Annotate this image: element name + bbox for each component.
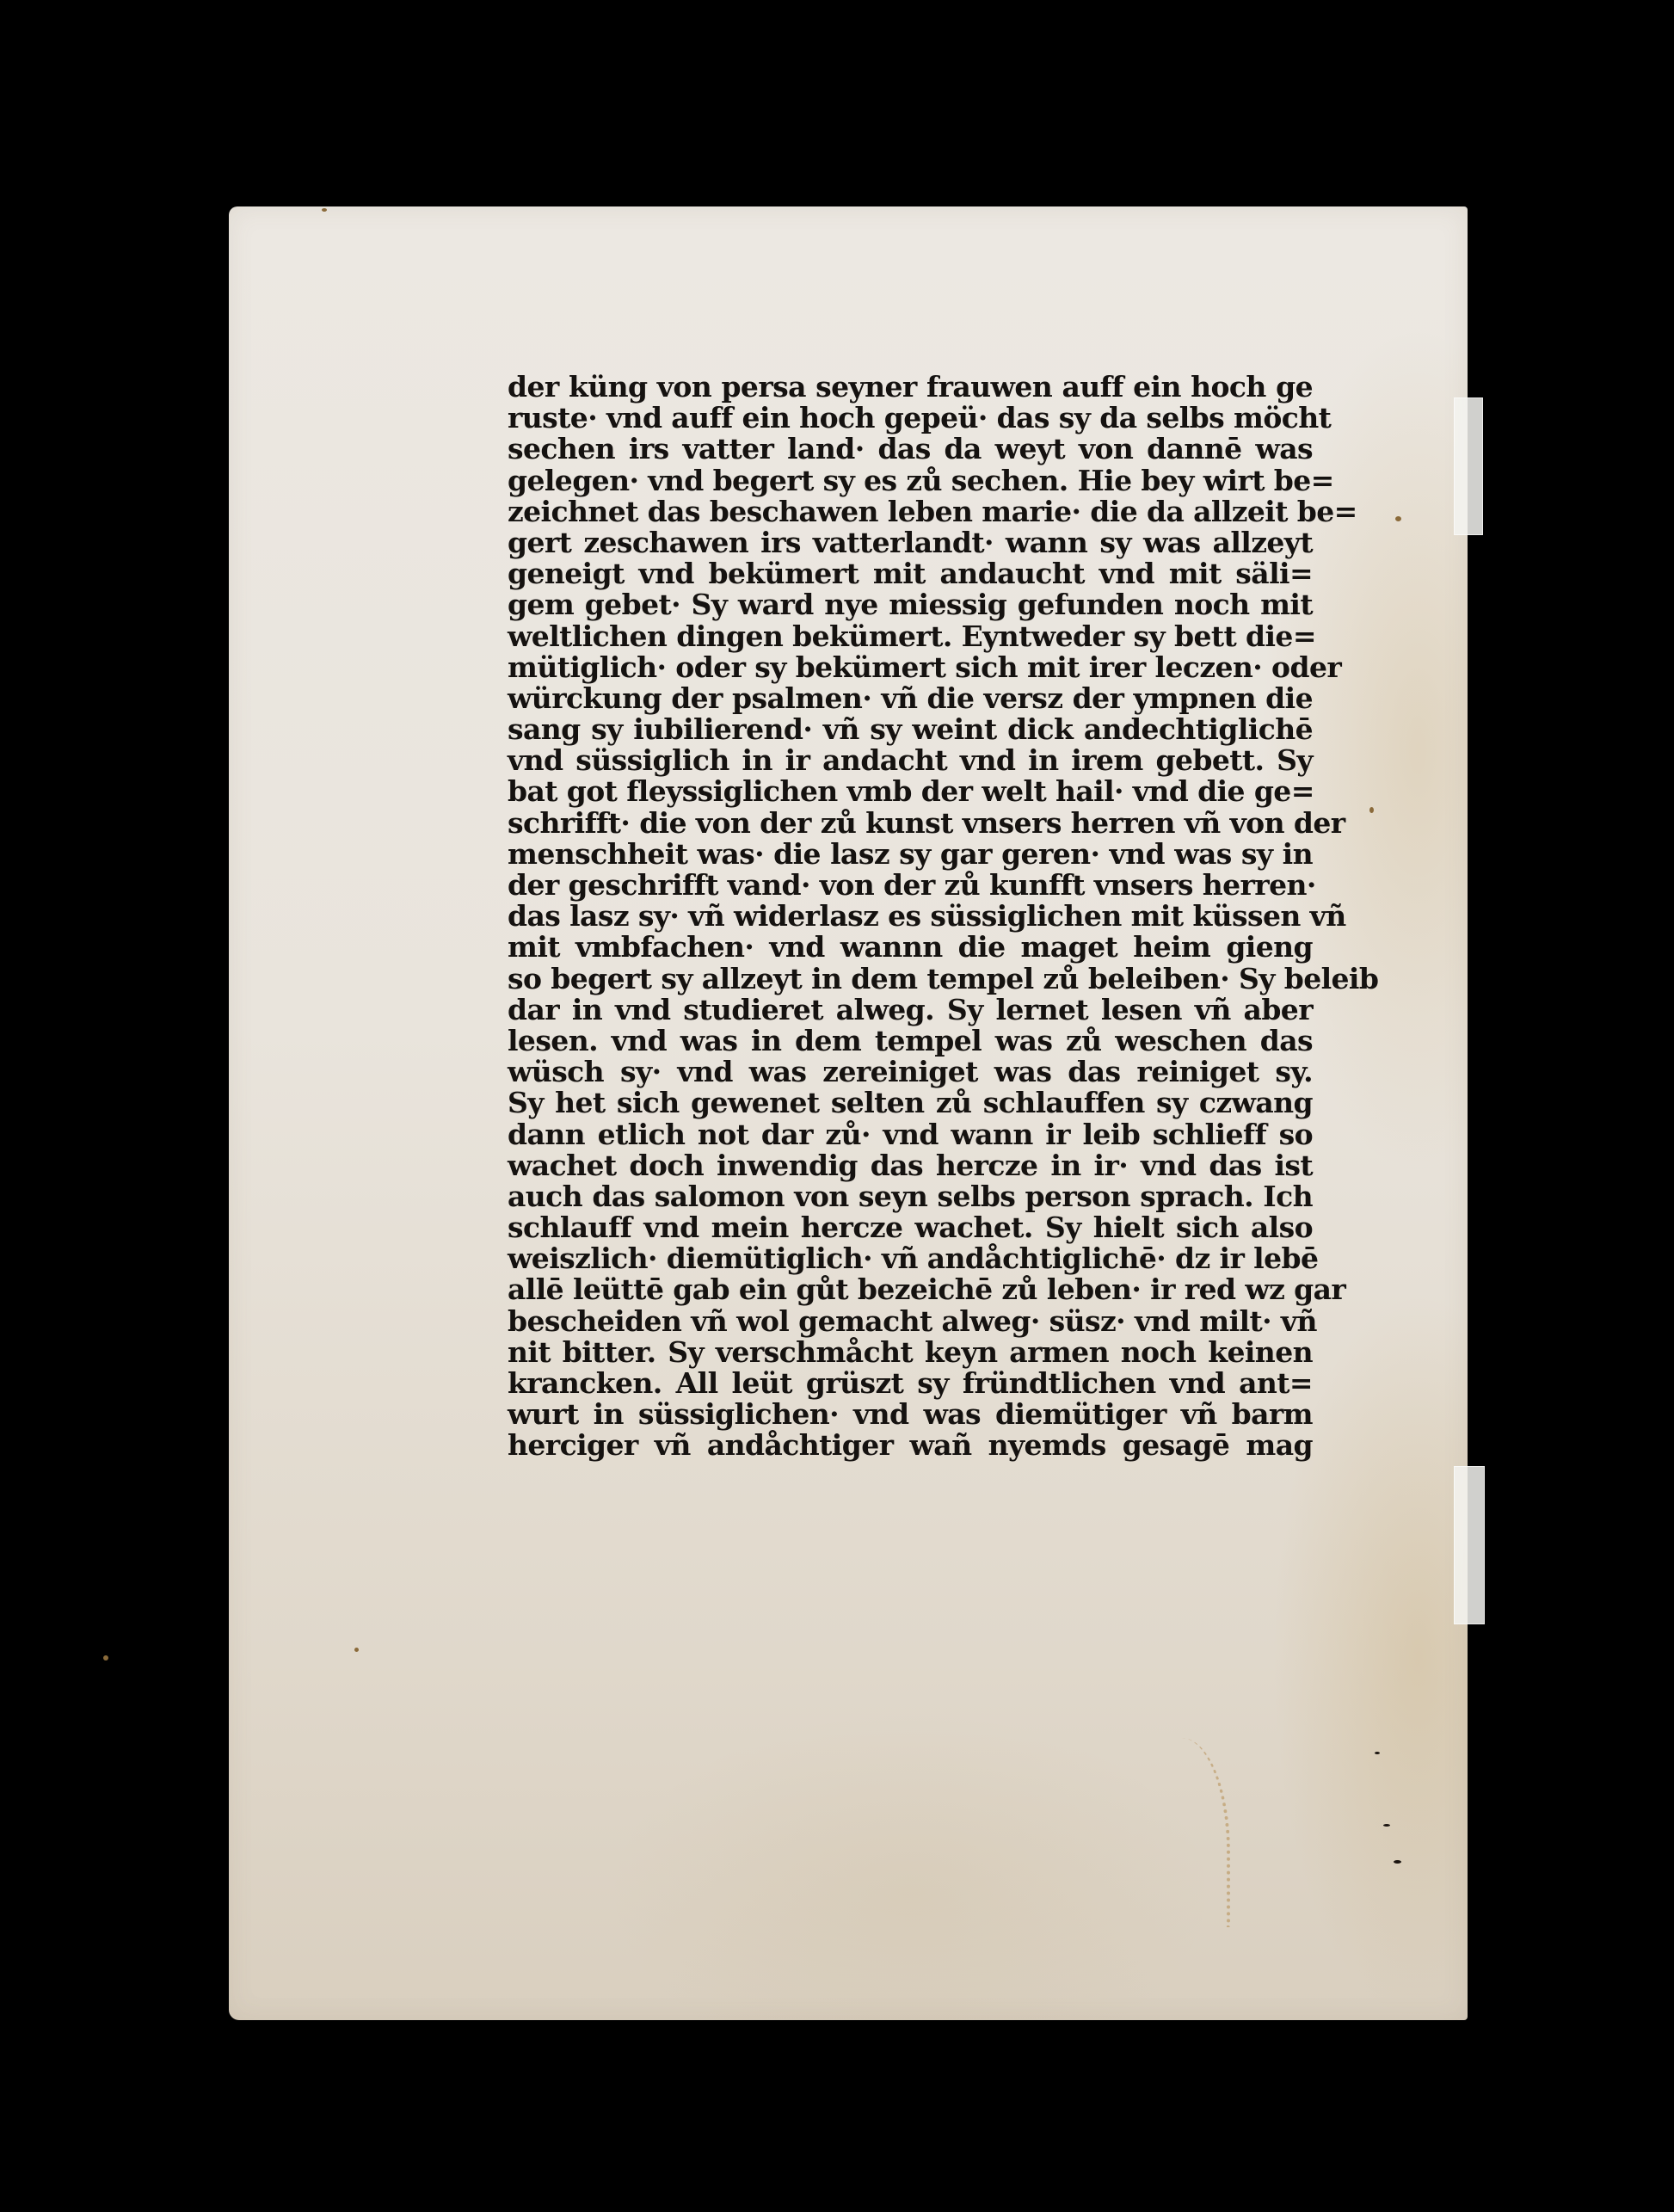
text-line: der küng von persa seyner frauwen auff e… xyxy=(508,372,1313,403)
text-line: gert zeschawen irs vatterlandt· wann sy … xyxy=(508,527,1313,558)
text-line: schlauff vnd mein hercze wachet. Sy hiel… xyxy=(508,1212,1313,1243)
text-line: das lasz sy· vñ widerlasz es süssigliche… xyxy=(508,901,1313,932)
text-line: ruste· vnd auff ein hoch gepeü· das sy d… xyxy=(508,403,1313,434)
text-line: herciger vñ andåchtiger wañ nyemds gesag… xyxy=(508,1430,1313,1461)
text-line: mit vmbfachen· vnd wannn die maget heim … xyxy=(508,932,1313,963)
text-line: weiszlich· diemütiglich· vñ andåchtiglic… xyxy=(508,1243,1313,1274)
foxing-spot xyxy=(1383,1824,1390,1827)
foxing-spot xyxy=(1395,516,1401,521)
text-line: wachet doch inwendig das hercze in ir· v… xyxy=(508,1150,1313,1181)
text-line: zeichnet das beschawen leben marie· die … xyxy=(508,496,1313,527)
text-line: bescheiden vñ wol gemacht alweg· süsz· v… xyxy=(508,1306,1313,1337)
text-line: vnd süssiglich in ir andacht vnd in irem… xyxy=(508,745,1313,776)
foxing-spot xyxy=(1394,1860,1401,1864)
text-line: mütiglich· oder sy bekümert sich mit ire… xyxy=(508,652,1313,683)
text-line: krancken. All leüt grüszt sy fründtliche… xyxy=(508,1368,1313,1399)
text-line: nit bitter. Sy verschmåcht keyn armen no… xyxy=(508,1337,1313,1368)
text-line: lesen. vnd was in dem tempel was zů wesc… xyxy=(508,1026,1313,1057)
text-line: Sy het sich gewenet selten zů schlauffen… xyxy=(508,1088,1313,1118)
tape-strip-lower xyxy=(1454,1466,1485,1624)
text-line: wurt in süssiglichen· vnd was diemütiger… xyxy=(508,1399,1313,1430)
text-line: der geschrifft vand· von der zů kunfft v… xyxy=(508,870,1313,901)
text-line: dann etlich not dar zů· vnd wann ir leib… xyxy=(508,1119,1313,1150)
text-line: weltlichen dingen bekümert. Eyntweder sy… xyxy=(508,621,1313,652)
foxing-spot xyxy=(103,1655,108,1661)
text-line: gelegen· vnd begert sy es zů sechen. Hie… xyxy=(508,465,1313,496)
text-line: auch das salomon von seyn selbs person s… xyxy=(508,1181,1313,1212)
text-line: schrifft· die von der zů kunst vnsers he… xyxy=(508,808,1313,839)
foxing-spot xyxy=(1369,807,1374,813)
text-line: sang sy iubilierend· vñ sy weint dick an… xyxy=(508,714,1313,745)
paper-leaf: der küng von persa seyner frauwen auff e… xyxy=(229,206,1468,2020)
text-line: dar in vnd studieret alweg. Sy lernet le… xyxy=(508,995,1313,1026)
text-line: geneigt vnd bekümert mit andaucht vnd mi… xyxy=(508,558,1313,589)
foxing-spot xyxy=(354,1648,359,1652)
text-line: wüsch sy· vnd was zereiniget was das rei… xyxy=(508,1057,1313,1088)
foxing-spot xyxy=(1375,1752,1380,1754)
printed-text-block: der küng von persa seyner frauwen auff e… xyxy=(508,372,1313,1462)
text-line: so begert sy allzeyt in dem tempel zů be… xyxy=(508,964,1313,995)
text-line: sechen irs vatter land· das da weyt von … xyxy=(508,434,1313,465)
text-line: gem gebet· Sy ward nye miessig gefunden … xyxy=(508,589,1313,620)
text-line: allē leüttē gab ein gůt bezeichē zů lebe… xyxy=(508,1274,1313,1305)
water-stain xyxy=(1149,1738,1230,1927)
text-line: würckung der psalmen· vñ die versz der y… xyxy=(508,683,1313,714)
foxing-spot xyxy=(322,208,327,212)
text-line: bat got fleyssiglichen vmb der welt hail… xyxy=(508,776,1313,807)
tape-strip-upper xyxy=(1454,397,1483,535)
text-line: menschheit was· die lasz sy gar geren· v… xyxy=(508,839,1313,870)
